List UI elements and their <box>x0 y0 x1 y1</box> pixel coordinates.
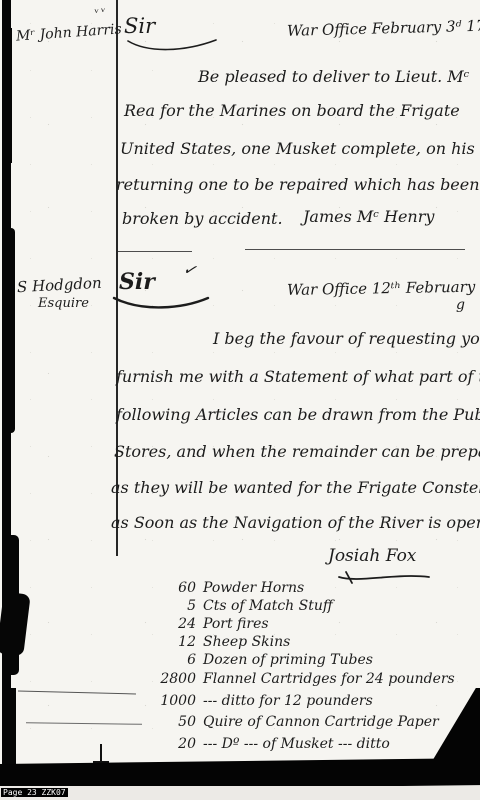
supply-list-item: 12Sheep Skins <box>152 634 290 650</box>
item-quantity: 1000 <box>152 693 196 709</box>
letter2-recipient-name: S Hodgdon <box>17 275 102 296</box>
supply-list-item: 60Powder Horns <box>152 580 304 596</box>
letter2-body-line: as they will be wanted for the Frigate C… <box>111 479 480 497</box>
item-text: Sheep Skins <box>203 634 290 650</box>
supply-list-item: 50Quire of Cannon Cartridge Paper <box>152 714 439 730</box>
item-text: --- Dº --- of Musket --- ditto <box>203 736 390 752</box>
date-flourish: g <box>456 298 465 313</box>
signature-flourish-icon <box>336 570 432 586</box>
letter2-recipient-title: Esquire <box>38 297 89 311</box>
pen-flourish-icon <box>126 38 218 54</box>
item-quantity: 60 <box>152 580 196 596</box>
letter1-body-line: broken by accident. <box>122 210 283 228</box>
letter2-signature: Josiah Fox <box>328 547 416 566</box>
item-text: Flannel Cartridges for 24 pounders <box>203 671 455 687</box>
binding-edge <box>2 228 15 433</box>
letter1-body-line: Rea for the Marines on board the Frigate <box>124 102 460 120</box>
item-text: Powder Horns <box>203 580 304 596</box>
margin-check-mark: ᵛᵛ <box>94 5 109 20</box>
letter1-recipient-name: Mʳ John Harris <box>16 22 123 45</box>
letter1-body-line: United States, one Musket complete, on h… <box>120 140 475 158</box>
separator-line <box>245 249 465 250</box>
letter2-body-line: as Soon as the Navigation of the River i… <box>111 514 480 532</box>
letter1-body-line: returning one to be repaired which has b… <box>116 176 480 194</box>
item-text: Quire of Cannon Cartridge Paper <box>203 714 439 730</box>
letter2-body-line: Stores, and when the remainder can be pr… <box>114 443 480 461</box>
item-quantity: 20 <box>152 736 196 752</box>
manuscript-page: ᵛᵛ Mʳ John Harris Sir War Office Februar… <box>0 0 480 800</box>
supply-list-item: 24Port fires <box>152 616 269 632</box>
item-quantity: 24 <box>152 616 196 632</box>
pen-flourish-icon <box>112 294 212 312</box>
binding-edge <box>0 592 31 657</box>
letter1-salutation: Sir <box>124 15 155 38</box>
item-quantity: 2800 <box>152 671 196 687</box>
supply-list-item: 6Dozen of priming Tubes <box>152 652 373 668</box>
letter2-dateline: War Office 12ᵗʰ February 179 <box>287 278 480 298</box>
letter2-body-line: following Articles can be drawn from the… <box>116 406 480 424</box>
item-text: Dozen of priming Tubes <box>203 652 373 668</box>
item-quantity: 5 <box>152 598 196 614</box>
supply-list-item: 20--- Dº --- of Musket --- ditto <box>152 736 390 752</box>
margin-rule-line <box>116 0 118 556</box>
microfilm-strip <box>0 786 480 800</box>
item-quantity: 50 <box>152 714 196 730</box>
page-crease <box>18 691 136 695</box>
letter2-body-line: I beg the favour of requesting you to <box>213 330 480 348</box>
binding-edge <box>4 28 12 163</box>
item-text: --- ditto for 12 pounders <box>203 693 373 709</box>
letter1-body-line: Be pleased to deliver to Lieut. Mᶜ <box>198 68 469 86</box>
item-quantity: 6 <box>152 652 196 668</box>
page-crease <box>26 722 142 725</box>
pen-check-mark: ✓ <box>181 260 198 280</box>
item-text: Cts of Match Stuff <box>203 598 333 614</box>
supply-list-item: 5Cts of Match Stuff <box>152 598 333 614</box>
binding-edge <box>3 688 16 766</box>
letter2-salutation: Sir <box>119 270 155 294</box>
item-text: Port fires <box>203 616 269 632</box>
letter2-body-line: furnish me with a Statement of what part… <box>116 368 480 386</box>
supply-list-item: 2800Flannel Cartridges for 24 pounders <box>152 671 455 687</box>
separator-line <box>118 251 192 252</box>
supply-list-item: 1000--- ditto for 12 pounders <box>152 693 373 709</box>
letter1-signature: James Mᶜ Henry <box>303 208 434 226</box>
item-quantity: 12 <box>152 634 196 650</box>
microfilm-page-label: Page 23 ZZK07 <box>1 788 68 797</box>
letter1-dateline: War Office February 3ᵈ 1798 <box>287 17 480 39</box>
